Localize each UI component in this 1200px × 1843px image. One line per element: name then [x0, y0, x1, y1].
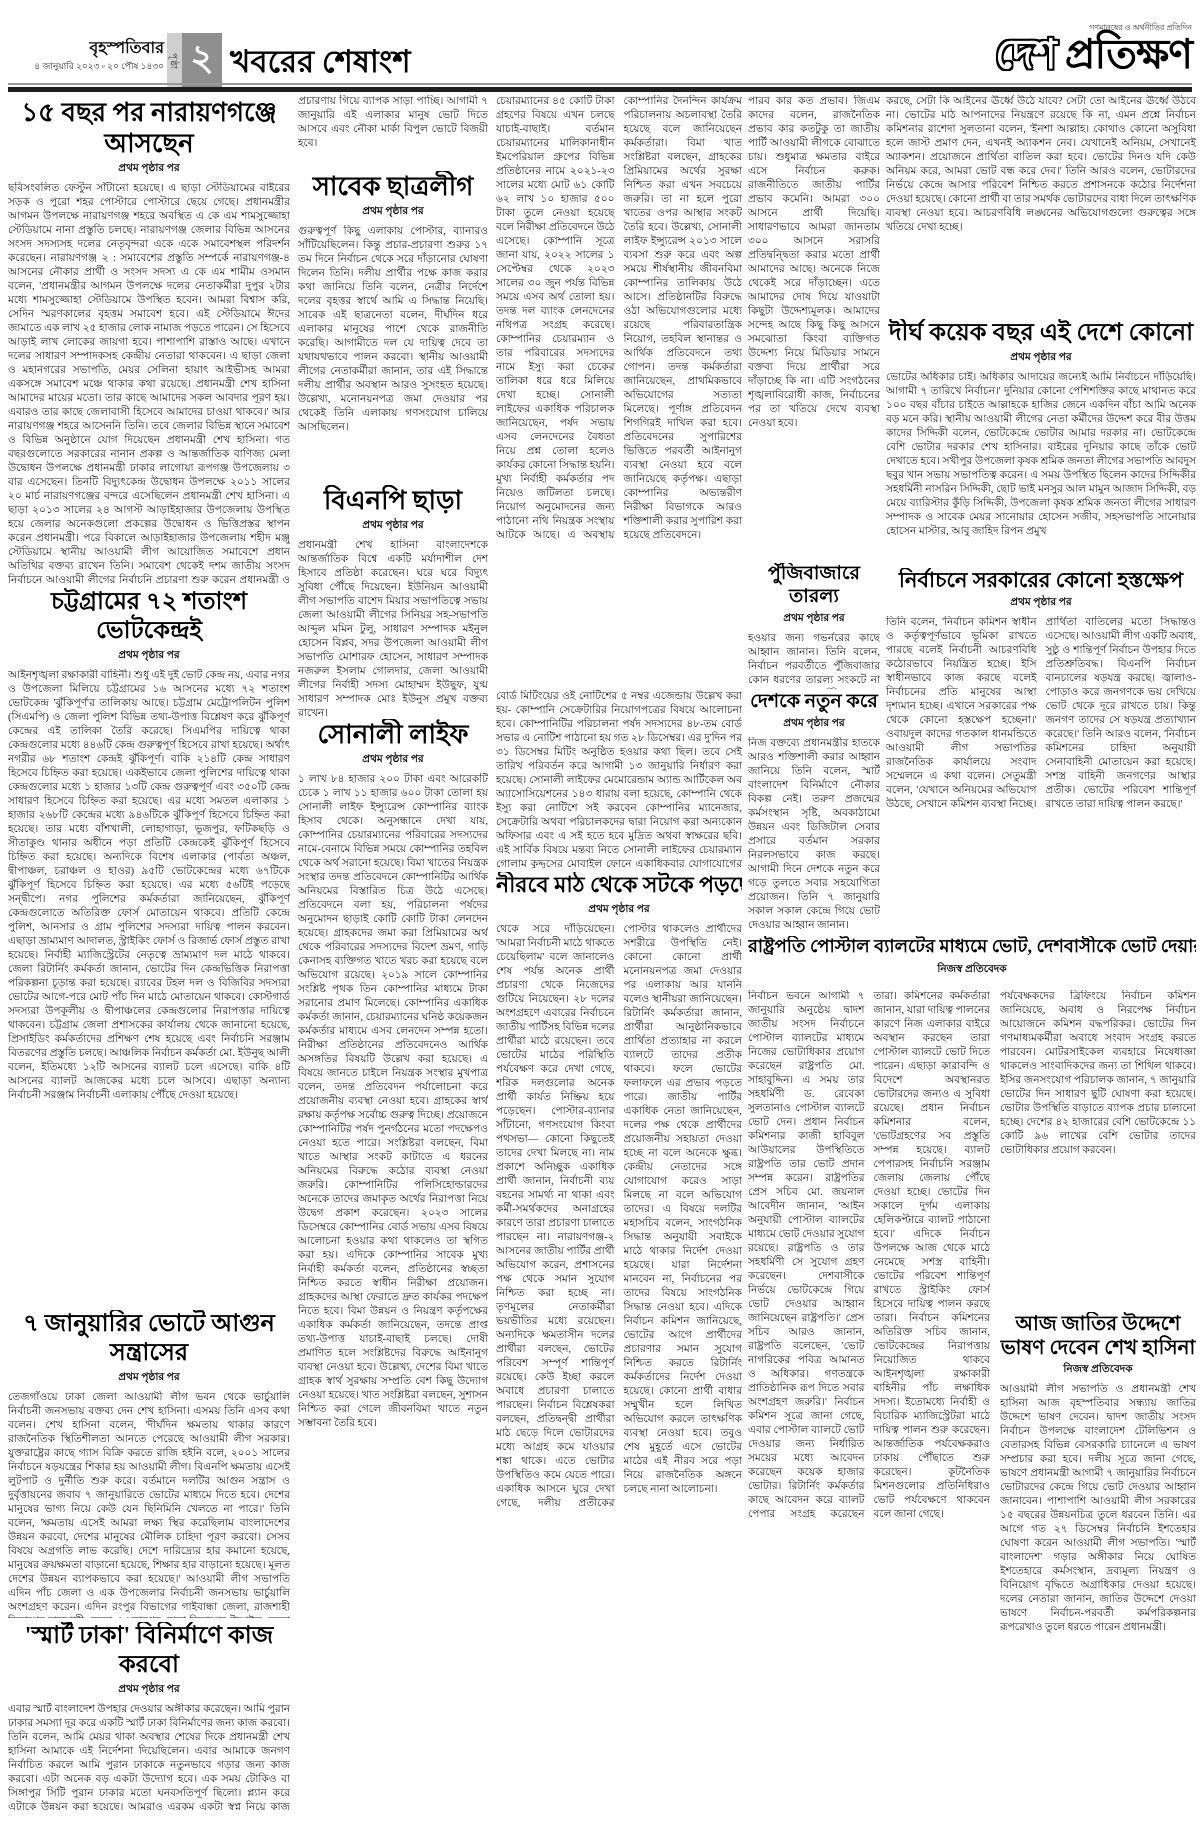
continued-kicker: প্রথম পৃষ্ঠার পর	[298, 752, 488, 769]
reporter-kicker: নিজস্ব প্রতিবেদক	[748, 962, 1196, 979]
date-block: বৃহস্পতিবার ৪ জানুয়ারি ২০২৩ ▫ ২০ পৌষ ১৪…	[8, 40, 164, 72]
article-headline: ৭ জানুয়ারির ভোটে আগুন সন্ত্রাসের	[8, 1310, 290, 1368]
article-body: হওয়ার জন্য গভর্নরের কাছে আহ্বান জানান। …	[748, 632, 880, 689]
continued-kicker: প্রথম পৃষ্ঠার পর	[298, 518, 488, 535]
article-aj-jatir-bhashon: আজ জাতির উদ্দেশে ভাষণ দেবেন শেখ হাসিনা ন…	[1000, 1312, 1196, 1812]
article-headline: বিএনপি ছাড়া	[298, 485, 488, 516]
article-headline: রাষ্ট্রপতি পোস্টাল ব্যালটের মাধ্যমে ভোট,…	[748, 936, 1196, 960]
article-body: নিজ বক্তব্যে প্রধানমন্ত্রীর হাতকে আরও শক…	[748, 737, 880, 929]
article-nirbachone-sorkar: নির্বাচনে সরকারের কোনো হস্তক্ষেপ প্রথম প…	[886, 568, 1196, 930]
masthead: গণমানুষের ও অর্থনীতির প্রতিদিন দেশ প্রতি…	[922, 24, 1192, 75]
continued-kicker: প্রথম পৃষ্ঠার পর	[8, 648, 290, 665]
article-bnp-chhara: বিএনপি ছাড়া প্রথম পৃষ্ঠার পর প্রধানমন্ত…	[298, 485, 488, 717]
article-headline: চট্টগ্রামের ৭২ শতাংশ ভোটকেন্দ্রই	[8, 588, 290, 646]
text-continuation-mid-upper: চেয়ারম্যানের ৪৫ কোটি টাকা গ্রহণের বিষয়…	[496, 95, 742, 687]
page-number: ২	[182, 33, 222, 89]
article-postal-ballot-header: রাষ্ট্রপতি পোস্টাল ব্যালটের মাধ্যমে ভোট,…	[748, 936, 1196, 986]
article-7-january-fire-terror: ৭ জানুয়ারির ভোটে আগুন সন্ত্রাসের প্রথম …	[8, 1310, 290, 1618]
header-rule-thin	[8, 83, 1192, 85]
text-continuation-top-col2: প্রচারণায় গিয়ে ব্যাপক সাড়া পাচ্ছি। আগ…	[298, 95, 488, 167]
article-body: প্রধানমন্ত্রী শেখ হাসিনা বাংলাদেশকে আন্ত…	[298, 539, 488, 717]
article-postal-ballot-body: নির্বাচন ভবনে আগামী ৭ জানুয়ারি অনুষ্ঠেয…	[748, 990, 990, 1812]
article-body: ভোটের অধিকার চাই। অধিকার আদায়ের জন্যেই …	[886, 371, 1196, 561]
article-sabek-chhatraleague: সাবেক ছাত্রলীগ প্রথম পৃষ্ঠার পর গুরুত্বপ…	[298, 171, 488, 483]
newspaper-page: বৃহস্পতিবার ৪ জানুয়ারি ২০২৩ ▫ ২০ পৌষ ১৪…	[0, 0, 1200, 1843]
article-headline: নির্বাচনে সরকারের কোনো হস্তক্ষেপ	[886, 568, 1196, 593]
masthead-word2: প্রতিক্ষণ	[1056, 31, 1192, 77]
continued-kicker: প্রথম পৃষ্ঠার পর	[748, 716, 880, 733]
article-body: গুরুত্বপূর্ণ কিছু এলাকায় পোস্টার, ব্যান…	[298, 225, 488, 483]
article-nirobe-math: নীরবে মাঠ থেকে সটকে পড়ছেন প্রথম পৃষ্ঠার…	[496, 872, 742, 1812]
continued-kicker: প্রথম পৃষ্ঠার পর	[886, 595, 1196, 612]
continued-kicker: প্রথম পৃষ্ঠার পর	[8, 161, 290, 178]
section-title: খবরের শেষাংশ	[230, 46, 411, 77]
text-continuation-ec-commissioner: করছে, সেটা কি আইনের ঊর্ধ্বে উঠে যাবে? সে…	[886, 95, 1196, 317]
article-body: ১ লাখ ৮৪ হাজার ২০০ টাকা এবং আরেকটি চেকে …	[298, 773, 488, 1812]
continued-kicker: প্রথম পৃষ্ঠার পর	[298, 204, 488, 221]
header-rule-thick	[8, 87, 1192, 92]
text-continuation-jatiya-party: পারব কার কত প্রভাব। জিএম কাদের বলেন, রাজ…	[748, 95, 880, 559]
article-chattogram-72-percent: চট্টগ্রামের ৭২ শতাংশ ভোটকেন্দ্রই প্রথম প…	[8, 588, 290, 1308]
article-headline: নীরবে মাঠ থেকে সটকে পড়ছেন	[496, 872, 742, 900]
article-postal-ballot-body-col3: পর্যবেক্ষকদের ব্রিফিংয়ে নির্বাচন কমিশন …	[1000, 990, 1196, 1306]
continued-kicker: প্রথম পৃষ্ঠার পর	[8, 1370, 290, 1387]
article-body: আইনশৃঙ্খলা রক্ষাকারী বাহিনী। শুধু এই দুই…	[8, 669, 290, 1308]
article-narayanganj-15-years: ১৫ বছর পর নারায়ণগঞ্জে আসছেন প্রথম পৃষ্ঠ…	[8, 97, 290, 586]
article-headline: আজ জাতির উদ্দেশে ভাষণ দেবেন শেখ হাসিনা	[1000, 1312, 1196, 1360]
continued-kicker: প্রথম পৃষ্ঠার পর	[8, 1682, 290, 1699]
masthead-logo: দেশ প্রতিক্ষণ	[922, 34, 1192, 75]
article-headline: দীর্ঘ কয়েক বছর এই দেশে কোনো	[886, 319, 1196, 348]
article-headline: পুঁজিবাজারে তারল্য	[748, 563, 880, 609]
article-headline: সোনালী লাইফ	[298, 719, 488, 750]
article-body: ছবিসংবলিত ফেস্টুন সাঁটানো হয়েছে। এ ছাড়…	[8, 182, 290, 586]
article-headline: 'স্মার্ট ঢাকা' বিনির্মাণে কাজ করবো	[8, 1622, 290, 1680]
continued-kicker: প্রথম পৃষ্ঠার পর	[886, 350, 1196, 367]
text-continuation-mid-wide: বোর্ড মিটিংয়ের ওই নোটিশের ৫ নম্বর এজেন্…	[496, 690, 742, 868]
article-body: থেকে সরে দাঁড়িয়েছেন। 'আমরা নির্বাচনী ম…	[496, 923, 742, 1805]
weekday-label: বৃহস্পতিবার	[8, 40, 164, 58]
article-body: তিনি বলেন, 'নির্বাচন কমিশন স্বাধীন ও কর্…	[886, 616, 1196, 922]
article-body: তেজগাঁওয়ে ঢাকা জেলা আওয়ামী লীগ ভবন থেক…	[8, 1391, 290, 1618]
continued-kicker: প্রথম পৃষ্ঠার পর	[748, 611, 880, 628]
article-headline: দেশকে নতুন করে	[748, 691, 880, 714]
article-deshke-notun: দেশকে নতুন করে প্রথম পৃষ্ঠার পর নিজ বক্ত…	[748, 691, 880, 931]
date-line: ৪ জানুয়ারি ২০২৩ ▫ ২০ পৌষ ১৪৩০	[8, 61, 164, 71]
page-number-badge: পৃষ্ঠা ২	[167, 33, 222, 89]
article-headline: সাবেক ছাত্রলীগ	[298, 171, 488, 202]
article-dirgho-koyek-bochor: দীর্ঘ কয়েক বছর এই দেশে কোনো প্রথম পৃষ্ঠ…	[886, 319, 1196, 566]
article-smart-dhaka: 'স্মার্ট ঢাকা' বিনির্মাণে কাজ করবো প্রথম…	[8, 1622, 290, 1810]
reporter-kicker: নিজস্ব প্রতিবেদক	[1000, 1362, 1196, 1379]
article-body: এবার স্মার্ট বাংলাদেশ উপহার দেওয়ার অঙ্গ…	[8, 1703, 290, 1810]
continued-kicker: প্রথম পৃষ্ঠার পর	[496, 902, 742, 919]
article-pujibazar-taralya: পুঁজিবাজারে তারল্য প্রথম পৃষ্ঠার পর হওয়…	[748, 563, 880, 689]
article-body: আওয়ামী লীগ সভাপতি ও প্রধানমন্ত্রী শেখ হ…	[1000, 1383, 1196, 1801]
article-sonali-life: সোনালী লাইফ প্রথম পৃষ্ঠার পর ১ লাখ ৮৪ হা…	[298, 719, 488, 1812]
article-headline: ১৫ বছর পর নারায়ণগঞ্জে আসছেন	[8, 97, 290, 159]
masthead-word1: দেশ	[995, 31, 1055, 77]
page-label: পৃষ্ঠা	[167, 33, 182, 89]
